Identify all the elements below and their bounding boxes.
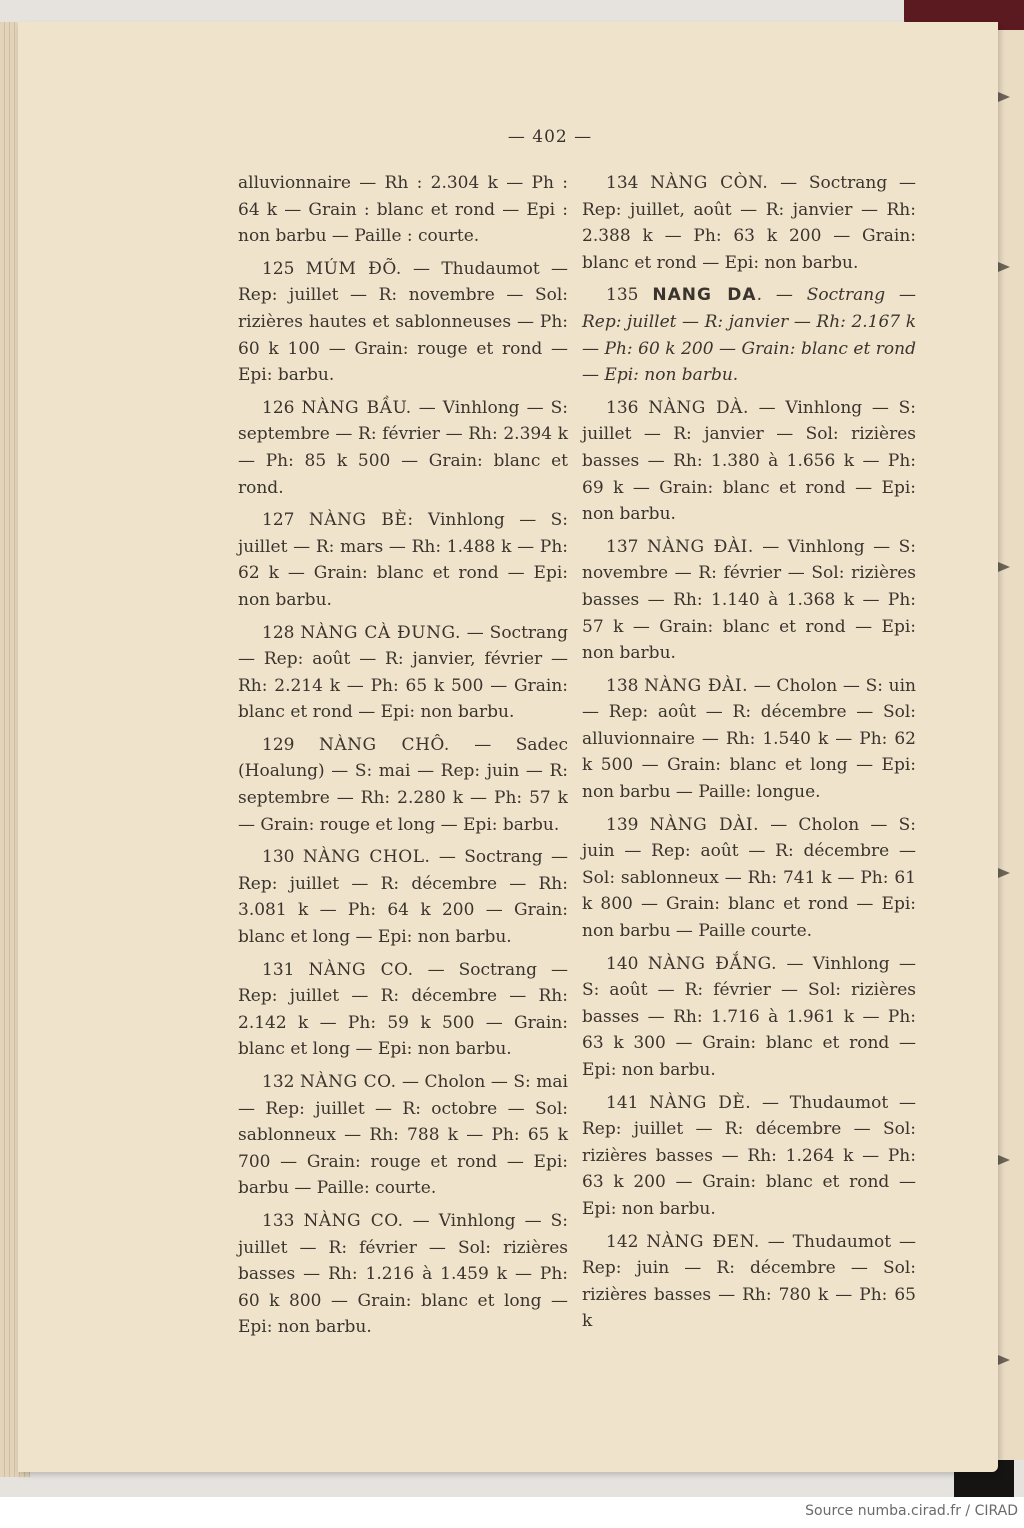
entry-138: 138 NÀNG ĐÀI. — Cholon — S: uin — Rep: a… (582, 673, 916, 806)
entry-number: 140 (606, 954, 638, 974)
entry-133: 133 NÀNG CO. — Vinhlong — S: juillet — R… (238, 1208, 568, 1341)
entry-name: MÚM ĐÕ. (306, 259, 402, 279)
entry-name: NÀNG DÀ. (648, 398, 749, 418)
entry-number: 127 (262, 510, 294, 530)
entry-name: NÀNG DÀI. (650, 815, 759, 835)
entry-139: 139 NÀNG DÀI. — Cholon — S: juin — Rep: … (582, 812, 916, 945)
entry-number: 137 (606, 537, 638, 557)
entry-134: 134 NÀNG CÒN. — Soctrang — Rep: juillet,… (582, 170, 916, 276)
entry-name: NÀNG ĐEN. (646, 1232, 759, 1252)
entry-number: 133 (262, 1211, 294, 1231)
page-tab-marker-icon (998, 1155, 1010, 1165)
entry-126: 126 NÀNG BẦU. — Vinhlong — S: septembre … (238, 395, 568, 501)
page-tab-marker-icon (998, 92, 1010, 102)
entry-name: NÀNG ĐÀI. (644, 676, 748, 696)
left-column: alluvionnaire — Rh : 2.304 k — Ph : 64 k… (238, 170, 568, 1347)
entry-name: NÀNG DÈ. (649, 1093, 751, 1113)
entry-141: 141 NÀNG DÈ. — Thudaumot — Rep: juillet … (582, 1090, 916, 1223)
entry-number: 142 (606, 1232, 638, 1252)
entry-127: 127 NÀNG BÈ: Vinhlong — S: juillet — R: … (238, 507, 568, 613)
entry-125: 125 MÚM ĐÕ. — Thudaumot — Rep: juillet —… (238, 256, 568, 389)
entry-140: 140 NÀNG ĐẮNG. — Vinhlong — S: août — R:… (582, 951, 916, 1084)
entry-name: NÀNG CHÔ. (319, 735, 450, 755)
page-tab-marker-icon (998, 868, 1010, 878)
continuation-paragraph: alluvionnaire — Rh : 2.304 k — Ph : 64 k… (238, 170, 568, 250)
page-tab-marker-icon (998, 1355, 1010, 1365)
entry-name: NÀNG BẦU. (302, 398, 412, 418)
entry-number: 134 (606, 173, 638, 193)
entry-name: NÀNG CÒN. (650, 173, 768, 193)
entry-number: 125 (262, 259, 294, 279)
entry-number: 139 (606, 815, 638, 835)
entry-name-bold: NANG DA (652, 285, 756, 305)
entry-132: 132 NÀNG CO. — Cholon — S: mai — Rep: ju… (238, 1069, 568, 1202)
page-tab-marker-icon (998, 562, 1010, 572)
entry-number: 128 (262, 623, 294, 643)
entry-137: 137 NÀNG ĐÀI. — Vinhlong — S: novembre —… (582, 534, 916, 667)
entry-129: 129 NÀNG CHÔ. — Sadec (Hoalung) — S: mai… (238, 732, 568, 838)
page-tab-marker-icon (998, 262, 1010, 272)
entry-136: 136 NÀNG DÀ. — Vinhlong — S: juillet — R… (582, 395, 916, 528)
entry-135: 135 NANG DA. — Soctrang — Rep: juillet —… (582, 282, 916, 388)
next-page-edge (995, 30, 1024, 1460)
entry-name: NÀNG BÈ: (309, 510, 414, 530)
right-column: 134 NÀNG CÒN. — Soctrang — Rep: juillet,… (582, 170, 916, 1341)
entry-name: NÀNG CO. (309, 960, 414, 980)
entry-name: NÀNG CÀ ĐUNG. (300, 623, 461, 643)
entry-number: 138 (606, 676, 638, 696)
entry-name: NÀNG ĐÀI. (647, 537, 754, 557)
entry-number: 136 (606, 398, 638, 418)
entry-number: 135 (606, 285, 638, 305)
entry-130: 130 NÀNG CHOL. — Soctrang — Rep: juillet… (238, 844, 568, 950)
entry-number: 130 (262, 847, 294, 867)
source-credit: Source numba.cirad.fr / CIRAD (805, 1503, 1018, 1519)
entry-number: 129 (262, 735, 294, 755)
entry-number: 141 (606, 1093, 638, 1113)
entry-name: NÀNG ĐẮNG. (648, 954, 777, 974)
entry-name: NÀNG CO. (304, 1211, 404, 1231)
entry-name: NÀNG CHOL. (303, 847, 431, 867)
entry-number: 126 (262, 398, 294, 418)
entry-name: NÀNG CO. (300, 1072, 397, 1092)
entry-number: 132 (262, 1072, 294, 1092)
page-number: — 402 — (0, 127, 1024, 147)
entry-number: 131 (262, 960, 294, 980)
entry-142: 142 NÀNG ĐEN. — Thudaumot — Rep: juin — … (582, 1229, 916, 1335)
entry-128: 128 NÀNG CÀ ĐUNG. — Soctrang — Rep: août… (238, 620, 568, 726)
entry-131: 131 NÀNG CO. — Soctrang — Rep: juillet —… (238, 957, 568, 1063)
